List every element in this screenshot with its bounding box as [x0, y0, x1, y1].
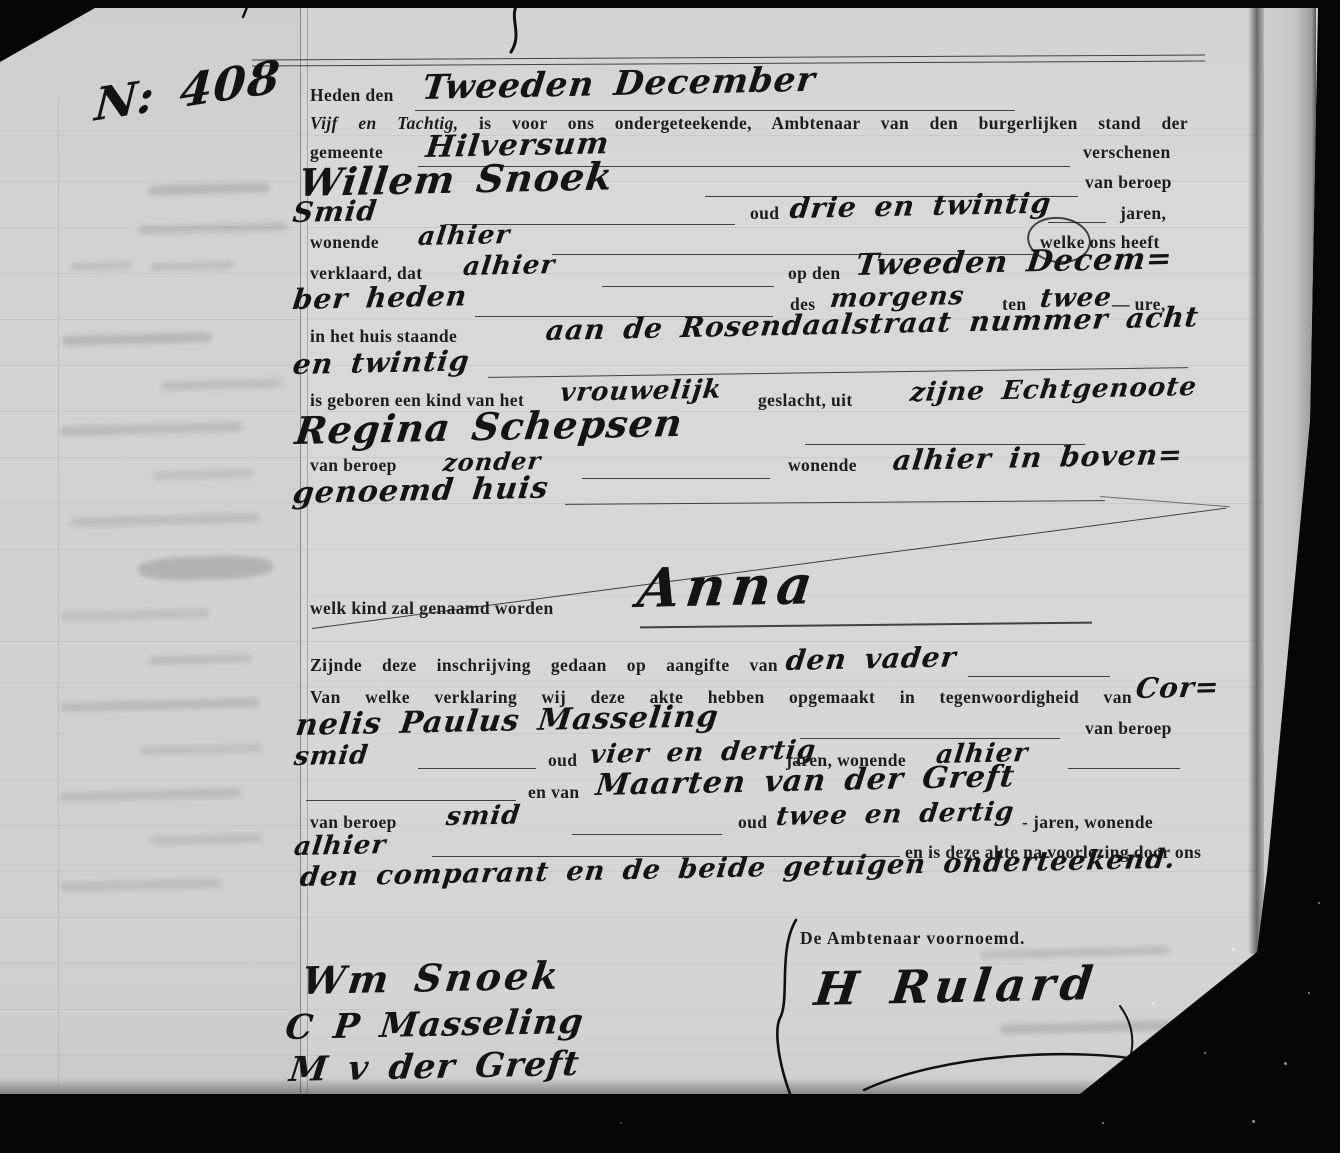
bleed-through-mark [148, 182, 270, 195]
entry-date-day-month: Tweeden December [420, 60, 818, 108]
label-en-van: en van [528, 782, 580, 803]
bleed-through-mark [148, 654, 252, 666]
blank-line-14 [565, 500, 1105, 505]
bleed-through-mark [150, 834, 262, 846]
entry-witness2-occupation: smid [444, 800, 522, 832]
dust-speck [1152, 1002, 1155, 1005]
bleed-through-mark [150, 261, 234, 271]
dust-speck [1252, 1120, 1255, 1123]
entry-spouse-phrase: zijne Echtgenoote [908, 372, 1198, 408]
label-wonende-2: wonende [788, 455, 857, 476]
bleed-through-mark [60, 608, 210, 622]
bleed-through-mark [60, 788, 242, 803]
label-van-beroep-2: van beroep [310, 455, 397, 476]
bleed-through-mark [60, 697, 260, 712]
bleed-through-mark [162, 378, 282, 390]
dust-speck [1204, 1052, 1206, 1054]
previous-act-mark [240, 0, 254, 18]
signature-official: H Rulard [812, 956, 1101, 1016]
label-oud-2: oud [548, 750, 577, 771]
blank-line-1 [415, 110, 1015, 111]
blank-line-21 [572, 834, 722, 835]
previous-act-brace-tail [500, 0, 540, 52]
entry-witness1-name-1: Cor= [1134, 670, 1221, 705]
bottom-edge-shadow [0, 1078, 1100, 1094]
entry-witness2-age: twee en dertig [774, 797, 1016, 832]
entry-house-address-1: aan de Rosendaalstraat nummer acht [544, 300, 1201, 347]
entry-mother-residence-1: alhier in boven= [891, 438, 1185, 477]
entry-witness2-name: Maarten van der Greft [594, 759, 1017, 803]
entry-informant: den vader [784, 640, 958, 677]
blank-line-16 [968, 676, 1110, 677]
blank-line-19a [418, 768, 536, 769]
label-op-den: op den [788, 263, 841, 284]
blank-line-19b [1068, 768, 1180, 769]
label-oud-1: oud [750, 203, 779, 224]
bleed-through-mark [1000, 1019, 1200, 1034]
paper-sheet: N: 408 Heden den Tweeden December Vijf e… [0, 0, 1340, 1153]
adjacent-page-edge [1264, 8, 1316, 876]
label-jaren-wonende-2: - jaren, wonende [1022, 812, 1153, 833]
blank-line-13 [582, 478, 770, 479]
bleed-through-mark [70, 261, 132, 271]
entry-declarant-age: drie en twintig [788, 187, 1053, 225]
label-huis-staande: in het huis staande [310, 326, 457, 347]
bleed-through-mark [138, 554, 274, 582]
bleed-through-mark [60, 878, 222, 892]
margin-rule-left [58, 95, 59, 1085]
bleed-through-mark [138, 222, 288, 235]
label-inschrijving-text: Zijnde deze inschrijving gedaan op aangi… [310, 655, 778, 675]
entry-child-name: Anna [634, 552, 822, 620]
label-van-beroep-3: van beroep [1085, 718, 1172, 739]
entry-witness1-occupation: smid [292, 740, 370, 772]
dust-speck [1284, 1062, 1287, 1065]
entry-birth-place: alhier [461, 250, 557, 282]
entry-closing-line: den comparant en de beide getuigen onder… [298, 844, 1177, 893]
entry-birth-date-2: ber heden [291, 279, 469, 316]
spine-shadow [1248, 8, 1264, 954]
label-ambtenaar-voornoemd: De Ambtenaar voornoemd. [800, 928, 1025, 949]
label-genaamd-worden: welk kind zal genaamd worden [310, 598, 554, 619]
dust-speck [1232, 948, 1235, 951]
entry-mother-residence-2: genoemd huis [291, 471, 551, 511]
bleed-through-mark [62, 332, 212, 346]
label-heden-den: Heden den [310, 85, 394, 106]
dust-speck [1102, 1122, 1104, 1124]
bleed-through-mark [140, 743, 262, 755]
entry-declarant-occupation: Smid [291, 194, 379, 229]
signature-witness1: C P Masseling [283, 1002, 586, 1048]
scanned-birth-record: N: 408 Heden den Tweeden December Vijf e… [0, 0, 1340, 1153]
bleed-through-mark [70, 513, 260, 528]
label-van-beroep-1: van beroep [1085, 172, 1172, 193]
label-inschrijving: Zijnde deze inschrijving gedaan op aangi… [310, 655, 778, 676]
header-rule-top [252, 55, 1205, 61]
signature-declarant: Wm Snoek [300, 953, 564, 1003]
bleed-through-mark [60, 422, 242, 437]
entry-witness1-name-2: nelis Paulus Masseling [294, 699, 721, 743]
label-geslacht-uit: geslacht, uit [758, 390, 853, 411]
dust-speck [1308, 992, 1310, 994]
entry-declarant-residence: alhier [416, 220, 512, 252]
label-verschenen: verschenen [1083, 142, 1171, 163]
label-jaren-1: jaren, [1120, 203, 1166, 224]
dust-speck [620, 1122, 622, 1124]
strike-diagonal-2 [1100, 496, 1230, 507]
entry-birth-date-1: Tweeden Decem= [854, 241, 1175, 283]
bleed-through-mark [152, 469, 254, 481]
blank-line-7 [602, 286, 774, 287]
label-wonende-1: wonende [310, 232, 379, 253]
entry-witness2-residence: alhier [292, 830, 388, 862]
dust-speck [1318, 902, 1320, 904]
act-number: N: 408 [93, 49, 282, 131]
label-verklaring-text: Van welke verklaring wij deze akte hebbe… [310, 687, 1132, 707]
blank-line-15 [640, 622, 1092, 629]
entry-mother-name: Regina Schepsen [293, 400, 686, 453]
entry-house-address-2: en twintig [291, 344, 472, 381]
label-oud-3: oud [738, 812, 767, 833]
